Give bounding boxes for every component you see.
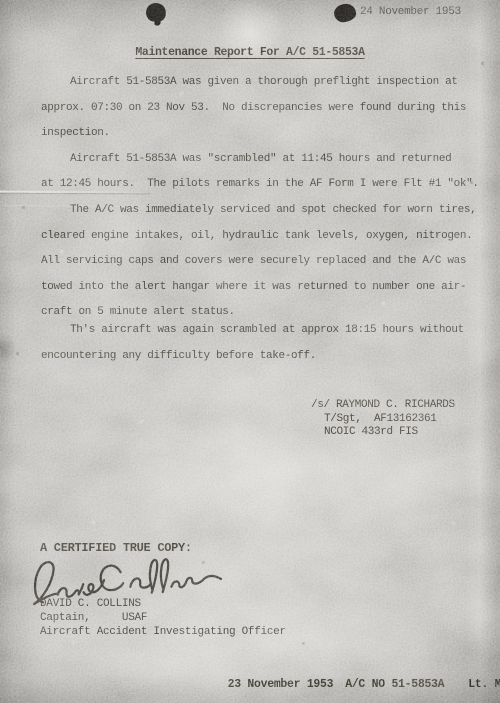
text-line: Aircraft 51-5853A was "scrambled" at 11:… xyxy=(41,147,475,173)
certifier-block: DAVID C. COLLINS Captain, USAF Aircraft … xyxy=(40,597,286,640)
text-line: approx. 07:30 on 23 Nov 53. No discrepan… xyxy=(41,96,475,122)
text-line: at 12:45 hours. The pilots remarks in th… xyxy=(41,172,475,198)
text-line: encountering any difficulty before take-… xyxy=(41,344,475,370)
text-line: All servicing caps and covers were secur… xyxy=(41,249,475,275)
certifier-rank: Captain, USAF xyxy=(40,611,286,625)
signer-signature-line: /s/ RAYMOND C. RICHARDS xyxy=(311,399,455,413)
paragraph-scramble: Aircraft 51-5853A was "scrambled" at 11:… xyxy=(41,147,475,198)
paragraph-second-scramble: Th's aircraft was again scrambled at app… xyxy=(41,318,475,369)
document-date: 24 November 1953 xyxy=(360,6,461,18)
text-line: cleared engine intakes, oil, hydraulic t… xyxy=(41,224,475,250)
paragraph-preflight: Aircraft 51-5853A was given a thorough p… xyxy=(41,70,475,147)
signer-rank-serial: T/Sgt, AF13162361 xyxy=(311,413,455,427)
footer-date: 23 November 1953 xyxy=(228,678,334,691)
footer-officer-name: Lt. Moncla xyxy=(468,678,500,691)
text-line: The A/C was immediately serviced and spo… xyxy=(41,198,475,224)
document-title: Maintenance Report For A/C 51-5853A xyxy=(0,46,500,59)
report-body: Aircraft 51-5853A was given a thorough p… xyxy=(41,70,475,369)
certifier-title: Aircraft Accident Investigating Officer xyxy=(40,625,286,639)
footer-line: 23 November 1953A/C NO 51-5853ALt. Moncl… xyxy=(188,665,500,703)
text-line: towed into the alert hangar where it was… xyxy=(41,275,475,301)
signer-block: /s/ RAYMOND C. RICHARDS T/Sgt, AF1316236… xyxy=(311,399,455,440)
document-text-layer: 24 November 1953 Maintenance Report For … xyxy=(0,0,500,703)
text-line: Aircraft 51-5853A was given a thorough p… xyxy=(41,70,475,96)
text-line: Th's aircraft was again scrambled at app… xyxy=(41,318,475,344)
certifier-name: DAVID C. COLLINS xyxy=(40,597,286,611)
footer-aircraft-number: A/C NO 51-5853A xyxy=(345,678,444,691)
scanned-document-page: 24 November 1953 Maintenance Report For … xyxy=(0,0,500,703)
paragraph-servicing: The A/C was immediately serviced and spo… xyxy=(41,198,475,326)
text-line: inspection. xyxy=(41,121,475,147)
signer-unit: NCOIC 433rd FIS xyxy=(311,426,455,440)
